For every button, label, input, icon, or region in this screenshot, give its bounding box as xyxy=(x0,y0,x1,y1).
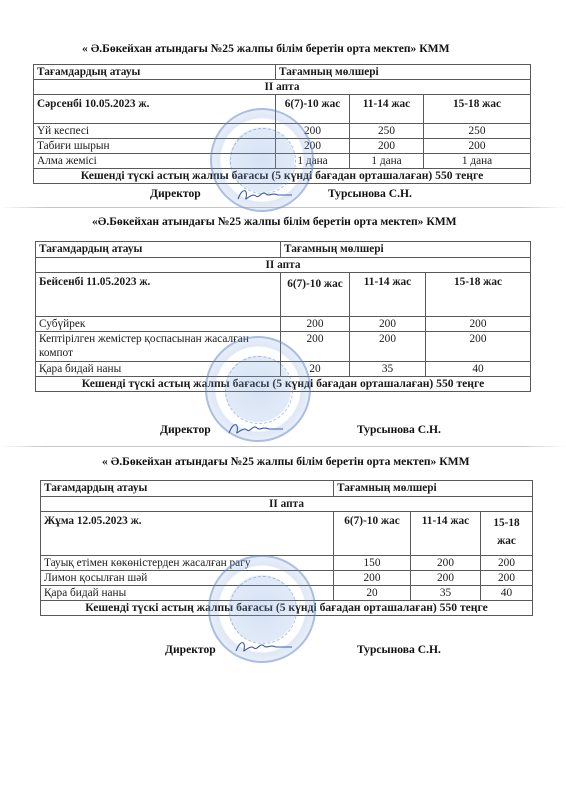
food-name: Субүйрек xyxy=(36,317,281,332)
table-row: Лимон қосылған шәй 200 200 200 xyxy=(41,571,533,586)
week-label: II апта xyxy=(36,258,531,273)
day-label: Сәрсенбі 10.05.2023 ж. xyxy=(34,95,276,124)
director-name: Турсынова С.Н. xyxy=(357,423,441,436)
day-label: Бейсенбі 11.05.2023 ж. xyxy=(36,273,281,317)
director-label: Директор xyxy=(160,423,211,436)
signature-icon xyxy=(225,420,285,438)
table-row: Үй кеспесі 200 250 250 xyxy=(34,124,531,139)
total-price-row: Кешенді түскі астың жалпы бағасы (5 күнд… xyxy=(36,377,531,392)
age-group-header: 15-18 жас xyxy=(424,95,531,124)
age-group-header: 15-18 жас xyxy=(481,512,533,556)
director-name: Турсынова С.Н. xyxy=(357,643,441,656)
portion-value: 40 xyxy=(481,586,533,601)
portion-value: 200 xyxy=(426,317,531,332)
portion-value: 40 xyxy=(426,362,531,377)
portion-value: 200 xyxy=(281,317,350,332)
portion-value: 1 дана xyxy=(350,154,424,169)
food-name: Тауық етімен көкөністерден жасалған рагу xyxy=(41,556,334,571)
director-label: Директор xyxy=(165,643,216,656)
food-name: Табиғи шырын xyxy=(34,139,276,154)
week-label: II апта xyxy=(34,80,531,95)
portion-value: 150 xyxy=(334,556,411,571)
portion-value: 200 xyxy=(411,571,481,586)
food-name: Кептірілген жемістер қоспасынан жасалған… xyxy=(36,332,281,362)
age-group-header: 15-18 жас xyxy=(426,273,531,317)
portion-value: 200 xyxy=(281,332,350,362)
food-name: Қара бидай наны xyxy=(36,362,281,377)
portion-value: 250 xyxy=(424,124,531,139)
food-name: Алма жемісі xyxy=(34,154,276,169)
table-row: Табиғи шырын 200 200 200 xyxy=(34,139,531,154)
school-title: « Ә.Бөкейхан атындағы №25 жалпы білім бе… xyxy=(102,455,470,468)
portion-value: 200 xyxy=(424,139,531,154)
portion-value: 200 xyxy=(276,139,350,154)
table-row: Қара бидай наны 20 35 40 xyxy=(36,362,531,377)
food-name-header: Тағамдардың атауы xyxy=(34,65,276,80)
portion-value: 1 дана xyxy=(424,154,531,169)
total-price-row: Кешенді түскі астың жалпы бағасы (5 күнд… xyxy=(41,601,533,616)
portion-value: 35 xyxy=(350,362,426,377)
portion-value: 200 xyxy=(334,571,411,586)
table-row: Қара бидай наны 20 35 40 xyxy=(41,586,533,601)
age-group-header: 6(7)-10 жас xyxy=(334,512,411,556)
page-divider xyxy=(0,446,566,447)
school-title: « Ә.Бөкейхан атындағы №25 жалпы білім бе… xyxy=(82,42,450,55)
portion-value: 200 xyxy=(411,556,481,571)
portion-value: 200 xyxy=(350,139,424,154)
menu-table: Тағамдардың атауы Тағамның мөлшері II ап… xyxy=(35,241,531,392)
portion-value: 200 xyxy=(481,556,533,571)
food-name-header: Тағамдардың атауы xyxy=(36,242,281,258)
portion-value: 250 xyxy=(350,124,424,139)
portion-value: 1 дана xyxy=(276,154,350,169)
menu-table: Тағамдардың атауы Тағамның мөлшері II ап… xyxy=(33,64,531,184)
school-title: «Ә.Бөкейхан атындағы №25 жалпы білім бер… xyxy=(92,215,457,228)
food-quantity-header: Тағамның мөлшері xyxy=(334,481,533,497)
food-quantity-header: Тағамның мөлшері xyxy=(281,242,531,258)
age-group-header: 6(7)-10 жас xyxy=(281,273,350,317)
week-label: II апта xyxy=(41,497,533,512)
signature-icon xyxy=(234,186,294,204)
table-row: Субүйрек 200 200 200 xyxy=(36,317,531,332)
page-divider xyxy=(0,207,566,208)
age-group-header: 11-14 жас xyxy=(350,95,424,124)
day-label: Жұма 12.05.2023 ж. xyxy=(41,512,334,556)
table-row: Тауық етімен көкөністерден жасалған рагу… xyxy=(41,556,533,571)
food-name: Қара бидай наны xyxy=(41,586,334,601)
portion-value: 20 xyxy=(334,586,411,601)
age-group-header: 6(7)-10 жас xyxy=(276,95,350,124)
food-name: Үй кеспесі xyxy=(34,124,276,139)
table-row: Кептірілген жемістер қоспасынан жасалған… xyxy=(36,332,531,362)
portion-value: 200 xyxy=(426,332,531,362)
signature-icon xyxy=(232,638,292,656)
food-name-header: Тағамдардың атауы xyxy=(41,481,334,497)
director-name: Турсынова С.Н. xyxy=(328,187,412,200)
food-quantity-header: Тағамның мөлшері xyxy=(276,65,531,80)
food-name: Лимон қосылған шәй xyxy=(41,571,334,586)
menu-table: Тағамдардың атауы Тағамның мөлшері II ап… xyxy=(40,480,533,616)
table-row: Алма жемісі 1 дана 1 дана 1 дана xyxy=(34,154,531,169)
portion-value: 200 xyxy=(276,124,350,139)
age-group-header: 11-14 жас xyxy=(350,273,426,317)
director-label: Директор xyxy=(150,187,201,200)
age-group-header: 11-14 жас xyxy=(411,512,481,556)
portion-value: 20 xyxy=(281,362,350,377)
portion-value: 200 xyxy=(481,571,533,586)
portion-value: 200 xyxy=(350,332,426,362)
total-price-row: Кешенді түскі астың жалпы бағасы (5 күнд… xyxy=(34,169,531,184)
portion-value: 35 xyxy=(411,586,481,601)
portion-value: 200 xyxy=(350,317,426,332)
